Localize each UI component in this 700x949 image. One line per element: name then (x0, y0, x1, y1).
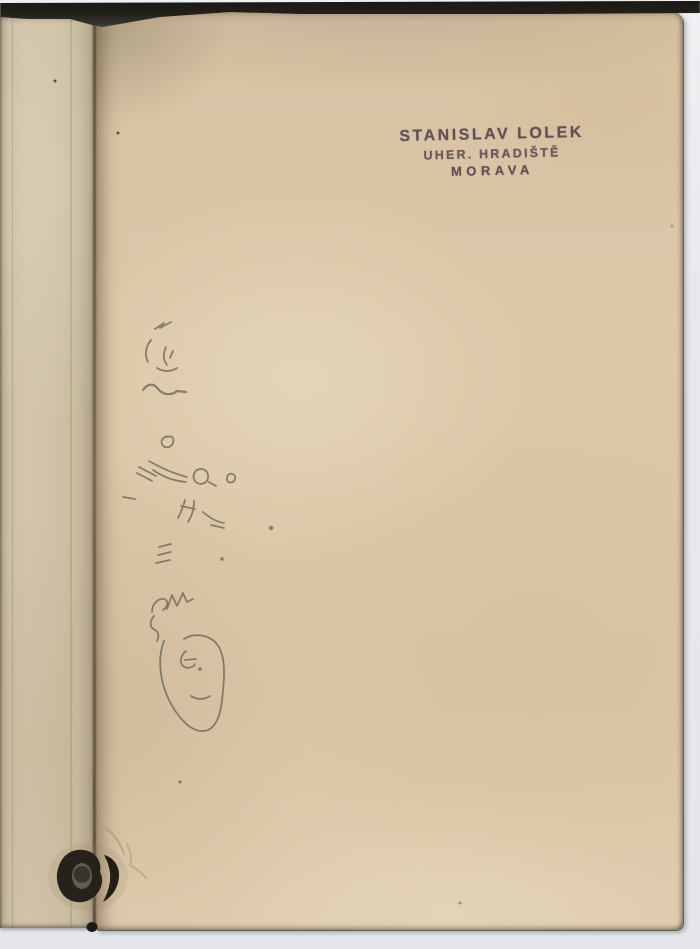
stain-streak (89, 758, 93, 779)
pencil-dot (269, 526, 273, 530)
pencil-stroke (156, 560, 170, 563)
speck (459, 902, 462, 905)
pencil-stroke (146, 340, 151, 362)
pencil-stroke (152, 599, 167, 612)
pencil-stroke (167, 593, 193, 609)
pencil-stroke (151, 616, 159, 641)
pencil-stroke (227, 474, 235, 483)
paper-specks (54, 80, 674, 905)
ink-blot-edge-dot (87, 922, 98, 932)
pencil-stroke (162, 436, 174, 447)
speck (179, 781, 182, 784)
pencil-stroke (155, 322, 171, 329)
ink-blot (57, 850, 119, 932)
speck (671, 225, 674, 228)
pencil-dot (198, 667, 202, 671)
stain-streak (127, 844, 131, 865)
speck (117, 132, 120, 135)
pencil-stroke (137, 473, 152, 481)
pencil-stroke (123, 497, 135, 499)
pencil-stroke (188, 501, 194, 522)
pencil-stroke (158, 552, 171, 555)
pencil-stroke (143, 385, 186, 395)
pencil-stroke (194, 469, 209, 484)
stain-streak (131, 866, 146, 878)
pencil-stroke (191, 696, 210, 699)
marks-overlay (0, 0, 700, 949)
pencil-dot (220, 557, 224, 561)
pencil-stroke (164, 347, 167, 365)
pencil-stroke (170, 351, 173, 358)
pencil-stroke (209, 482, 216, 486)
pencil-stroke (211, 525, 224, 528)
pencil-stroke (185, 659, 196, 660)
pencil-stroke (159, 544, 171, 547)
pencil-stroke (203, 512, 224, 523)
pencil-scribbles (123, 322, 273, 731)
pencil-stroke (178, 500, 185, 518)
book-photo: STANISLAV LOLEK UHER. HRADIŠTĚ MORAVA (0, 0, 700, 949)
pencil-stroke (160, 635, 224, 731)
pencil-stroke (157, 368, 177, 371)
speck (54, 80, 57, 83)
